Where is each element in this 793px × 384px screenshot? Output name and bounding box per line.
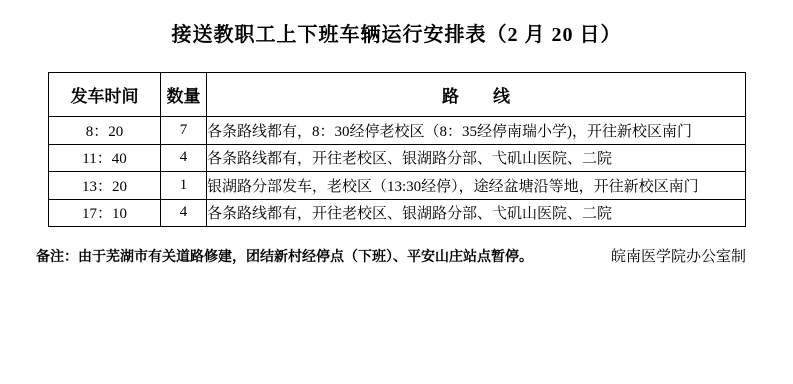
departure-time: 8：20 — [49, 117, 161, 145]
table-row: 11：40 4 各条路线都有，开往老校区、银湖路分部、弋矶山医院、二院 — [49, 144, 746, 172]
schedule-page: 接送教职工上下班车辆运行安排表（2 月 20 日） 发车时间 数量 路 线 8：… — [0, 0, 793, 384]
departure-time: 11：40 — [49, 144, 161, 172]
footer: 备注：由于芜湖市有关道路修建，团结新村经停点（下班）、平安山庄站点暂停。 皖南医… — [36, 245, 746, 266]
route-text: 银湖路分部发车，老校区（13:30经停），途经盆塘沿等地，开往新校区南门 — [207, 172, 746, 200]
table-header-row: 发车时间 数量 路 线 — [49, 73, 746, 117]
route-text: 各条路线都有，开往老校区、银湖路分部、弋矶山医院、二院 — [207, 144, 746, 172]
footer-note: 备注：由于芜湖市有关道路修建，团结新村经停点（下班）、平安山庄站点暂停。 — [36, 246, 533, 266]
table-row: 8：20 7 各条路线都有，8：30经停老校区（8：35经停南瑞小学)，开往新校… — [49, 117, 746, 145]
header-departure-time: 发车时间 — [49, 73, 161, 117]
table-row: 13：20 1 银湖路分部发车，老校区（13:30经停），途经盆塘沿等地，开往新… — [49, 172, 746, 200]
departure-time: 13：20 — [49, 172, 161, 200]
bus-count: 1 — [161, 172, 207, 200]
bus-count: 4 — [161, 144, 207, 172]
header-route: 路 线 — [207, 73, 746, 117]
header-bus-count: 数量 — [161, 73, 207, 117]
departure-time: 17：10 — [49, 199, 161, 227]
bus-count: 4 — [161, 199, 207, 227]
route-text: 各条路线都有，8：30经停老校区（8：35经停南瑞小学)，开往新校区南门 — [207, 117, 746, 145]
page-title: 接送教职工上下班车辆运行安排表（2 月 20 日） — [0, 18, 793, 47]
route-text: 各条路线都有，开往老校区、银湖路分部、弋矶山医院、二院 — [207, 199, 746, 227]
table-row: 17：10 4 各条路线都有，开往老校区、银湖路分部、弋矶山医院、二院 — [49, 199, 746, 227]
footer-issuer: 皖南医学院办公室制 — [611, 245, 746, 266]
schedule-table: 发车时间 数量 路 线 8：20 7 各条路线都有，8：30经停老校区（8：35… — [48, 72, 746, 227]
bus-count: 7 — [161, 117, 207, 145]
